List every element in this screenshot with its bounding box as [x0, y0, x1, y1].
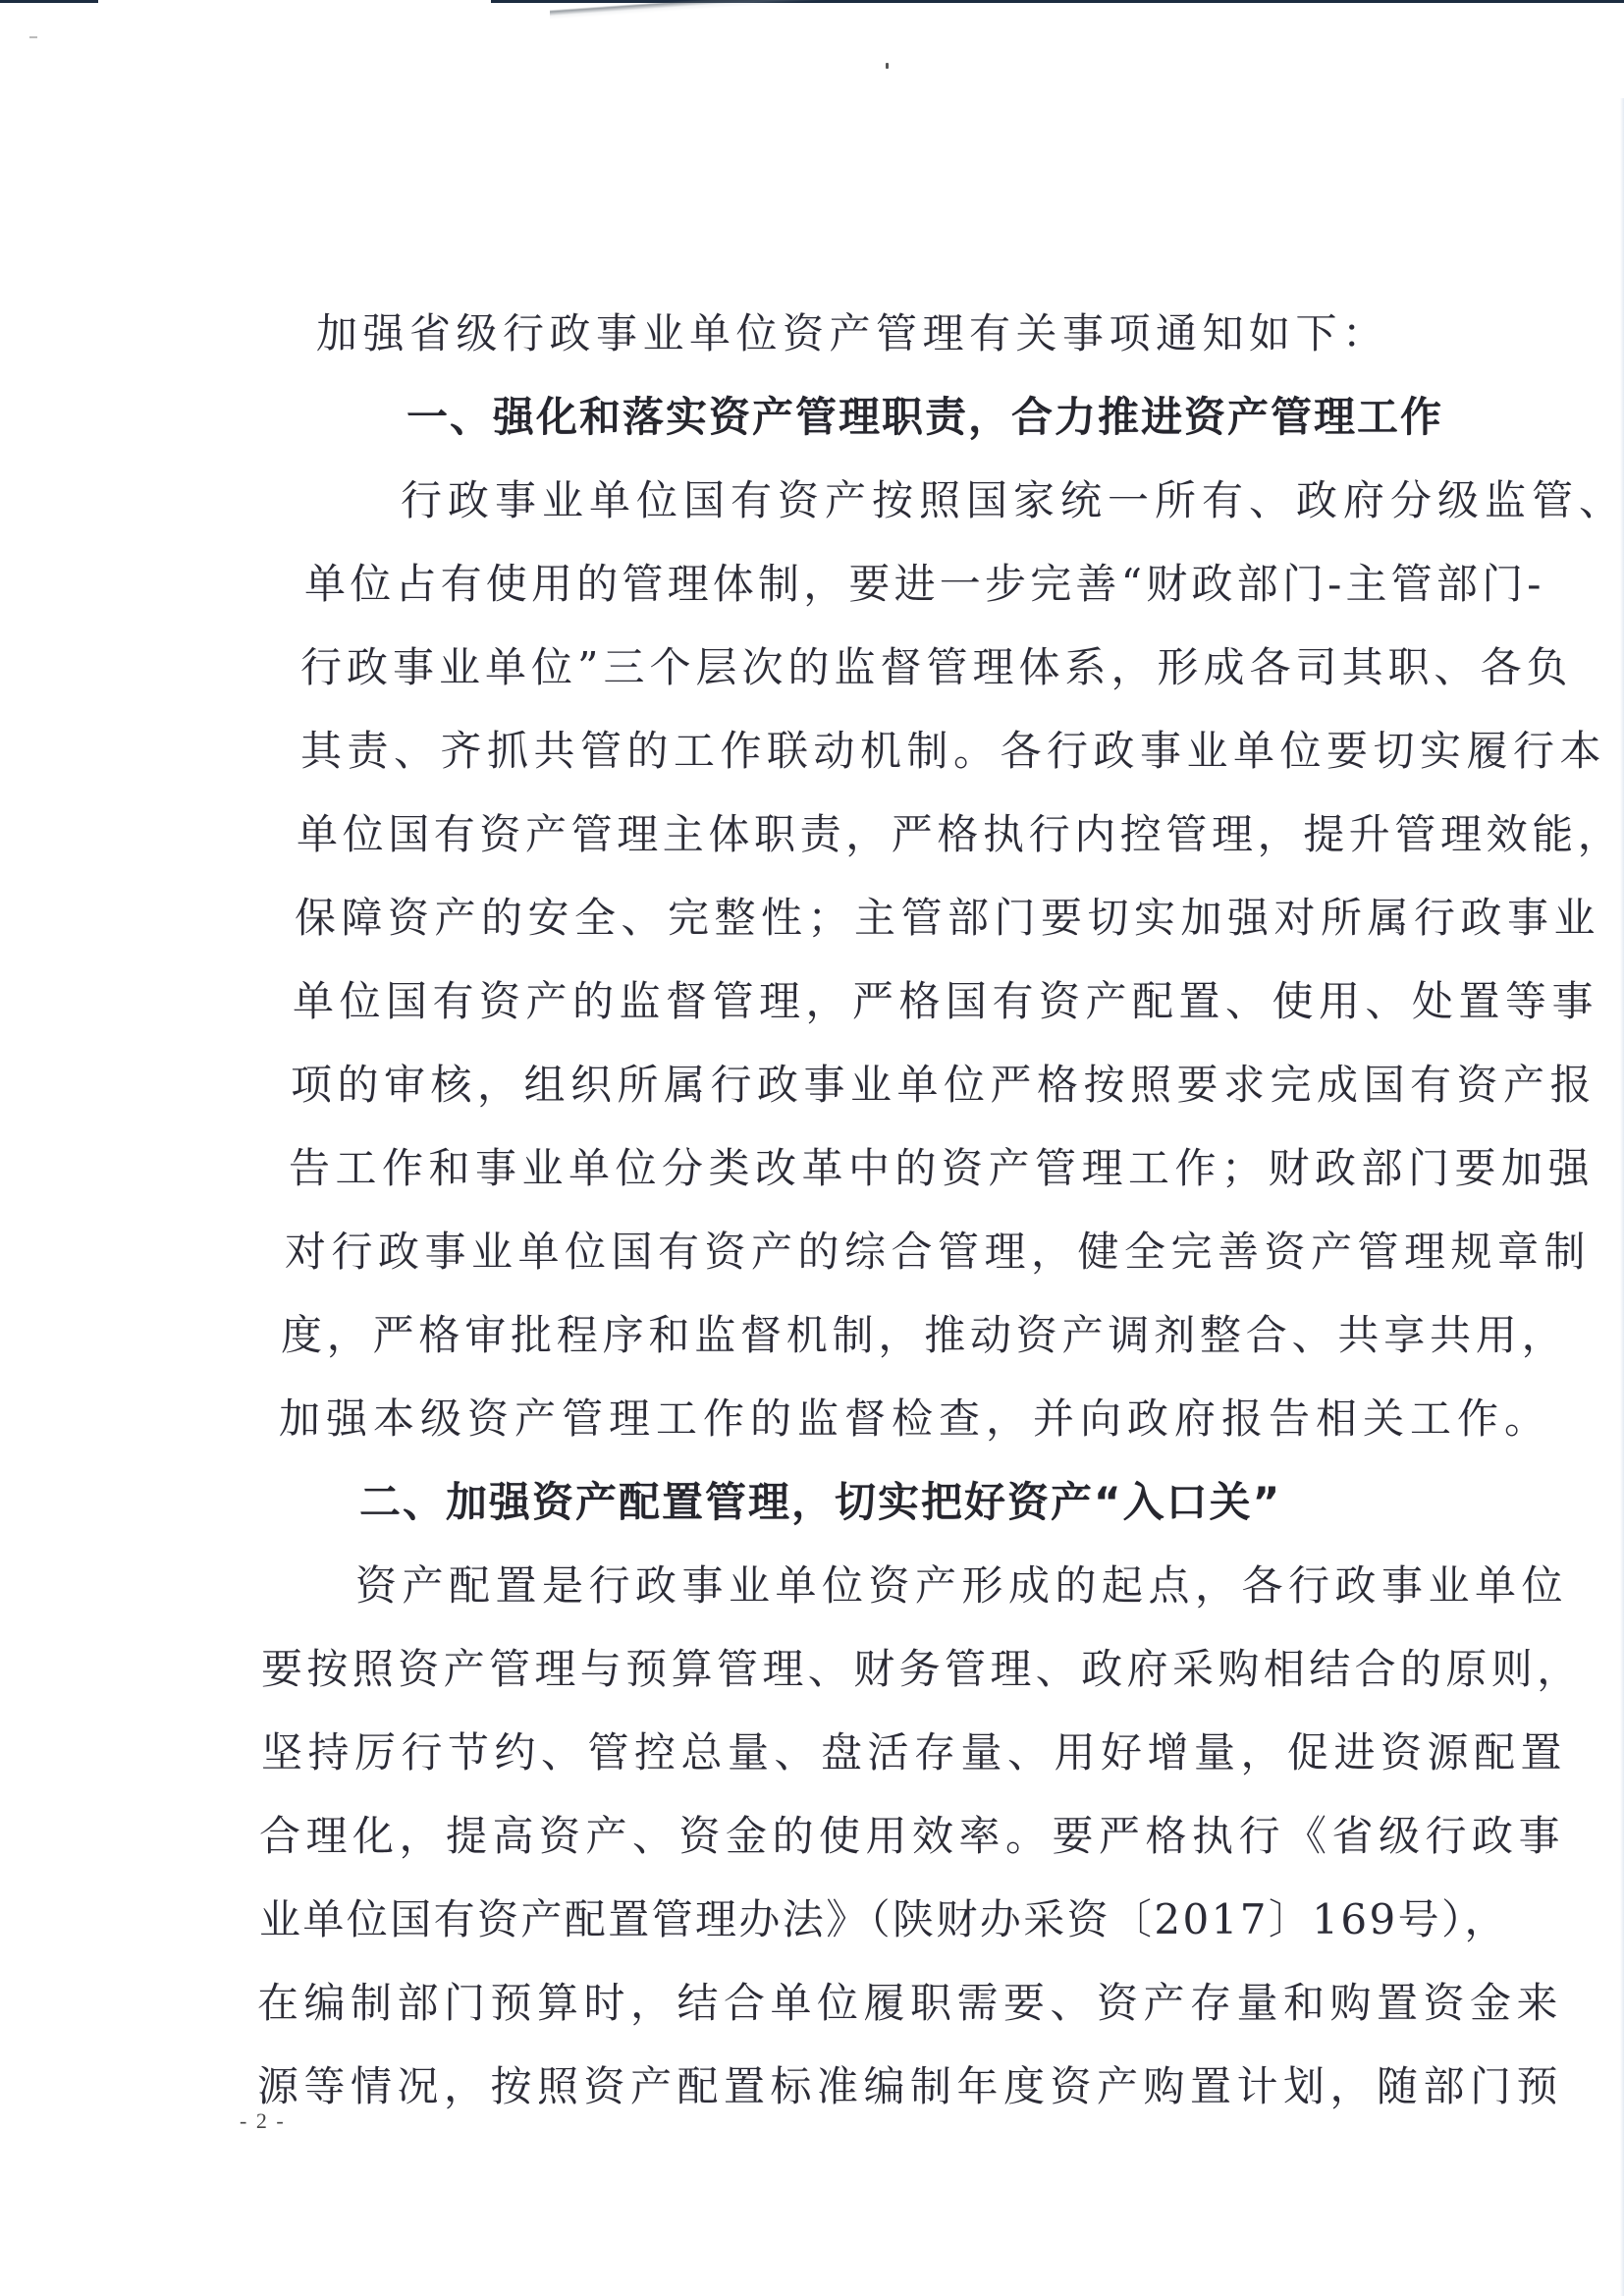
paragraph-line: 在编制部门预算时，结合单位履职需要、资产存量和购置资金来: [257, 1979, 1563, 2028]
paragraph-line: 坚持厉行节约、管控总量、盘活存量、用好增量，促进资源配置: [261, 1728, 1567, 1777]
paragraph-line: 项的审核，组织所属行政事业单位严格按照要求完成国有资产报: [291, 1061, 1597, 1110]
paragraph-line: 源等情况，按照资产配置标准编制年度资产购置计划，随部门预: [257, 2062, 1563, 2111]
paragraph-line: 单位国有资产的监督管理，严格国有资产配置、使用、处置等事: [293, 977, 1598, 1026]
paragraph-line: 其责、齐抓共管的工作联动机制。各行政事业单位要切实履行本: [300, 727, 1606, 776]
intro-line: 加强省级行政事业单位资产管理有关事项通知如下：: [316, 309, 1389, 358]
paragraph-line: 业单位国有资产配置管理办法》（陕财办采资〔2017〕169号），: [259, 1895, 1508, 1944]
scan-artifact-tick: [29, 36, 37, 38]
scan-artifact-right-edge: [1620, 98, 1624, 2296]
paragraph-line: 单位占有使用的管理体制，要进一步完善“财政部门-主管部门-: [304, 560, 1545, 609]
paragraph-line: 要按照资产管理与预算管理、财务管理、政府采购相结合的原则，: [261, 1645, 1583, 1694]
scan-artifact-dot: [886, 63, 889, 69]
paragraph-line: 告工作和事业单位分类改革中的资产管理工作；财政部门要加强: [289, 1144, 1595, 1193]
paragraph-line: 对行政事业单位国有资产的综合管理，健全完善资产管理规章制: [285, 1228, 1591, 1277]
paragraph-line: 行政事业单位”三个层次的监督管理体系，形成各司其职、各负: [300, 643, 1572, 692]
paragraph-line: 行政事业单位国有资产按照国家统一所有、政府分级监管、: [401, 476, 1624, 525]
section-heading-1: 一、强化和落实资产管理职责，合力推进资产管理工作: [406, 393, 1443, 442]
section-heading-2: 二、加强资产配置管理，切实把好资产“入口关”: [359, 1478, 1281, 1527]
paragraph-line: 合理化，提高资产、资金的使用效率。要严格执行《省级行政事: [259, 1812, 1565, 1861]
paragraph-line: 度，严格审批程序和监督机制，推动资产调剂整合、共享共用，: [281, 1311, 1567, 1360]
scan-artifact-shadow: [550, 0, 1624, 47]
scan-artifact-top-left: [0, 0, 98, 3]
paragraph-line: 单位国有资产管理主体职责，严格执行内控管理，提升管理效能，: [297, 810, 1623, 859]
scan-artifact-top-band: [491, 0, 1624, 3]
paragraph-line: 加强本级资产管理工作的监督检查，并向政府报告相关工作。: [279, 1394, 1551, 1444]
paragraph-line: 资产配置是行政事业单位资产形成的起点，各行政事业单位: [355, 1561, 1568, 1611]
paragraph-line: 保障资产的安全、完整性；主管部门要切实加强对所属行政事业: [295, 894, 1600, 943]
page-number: - 2 -: [240, 2108, 286, 2134]
